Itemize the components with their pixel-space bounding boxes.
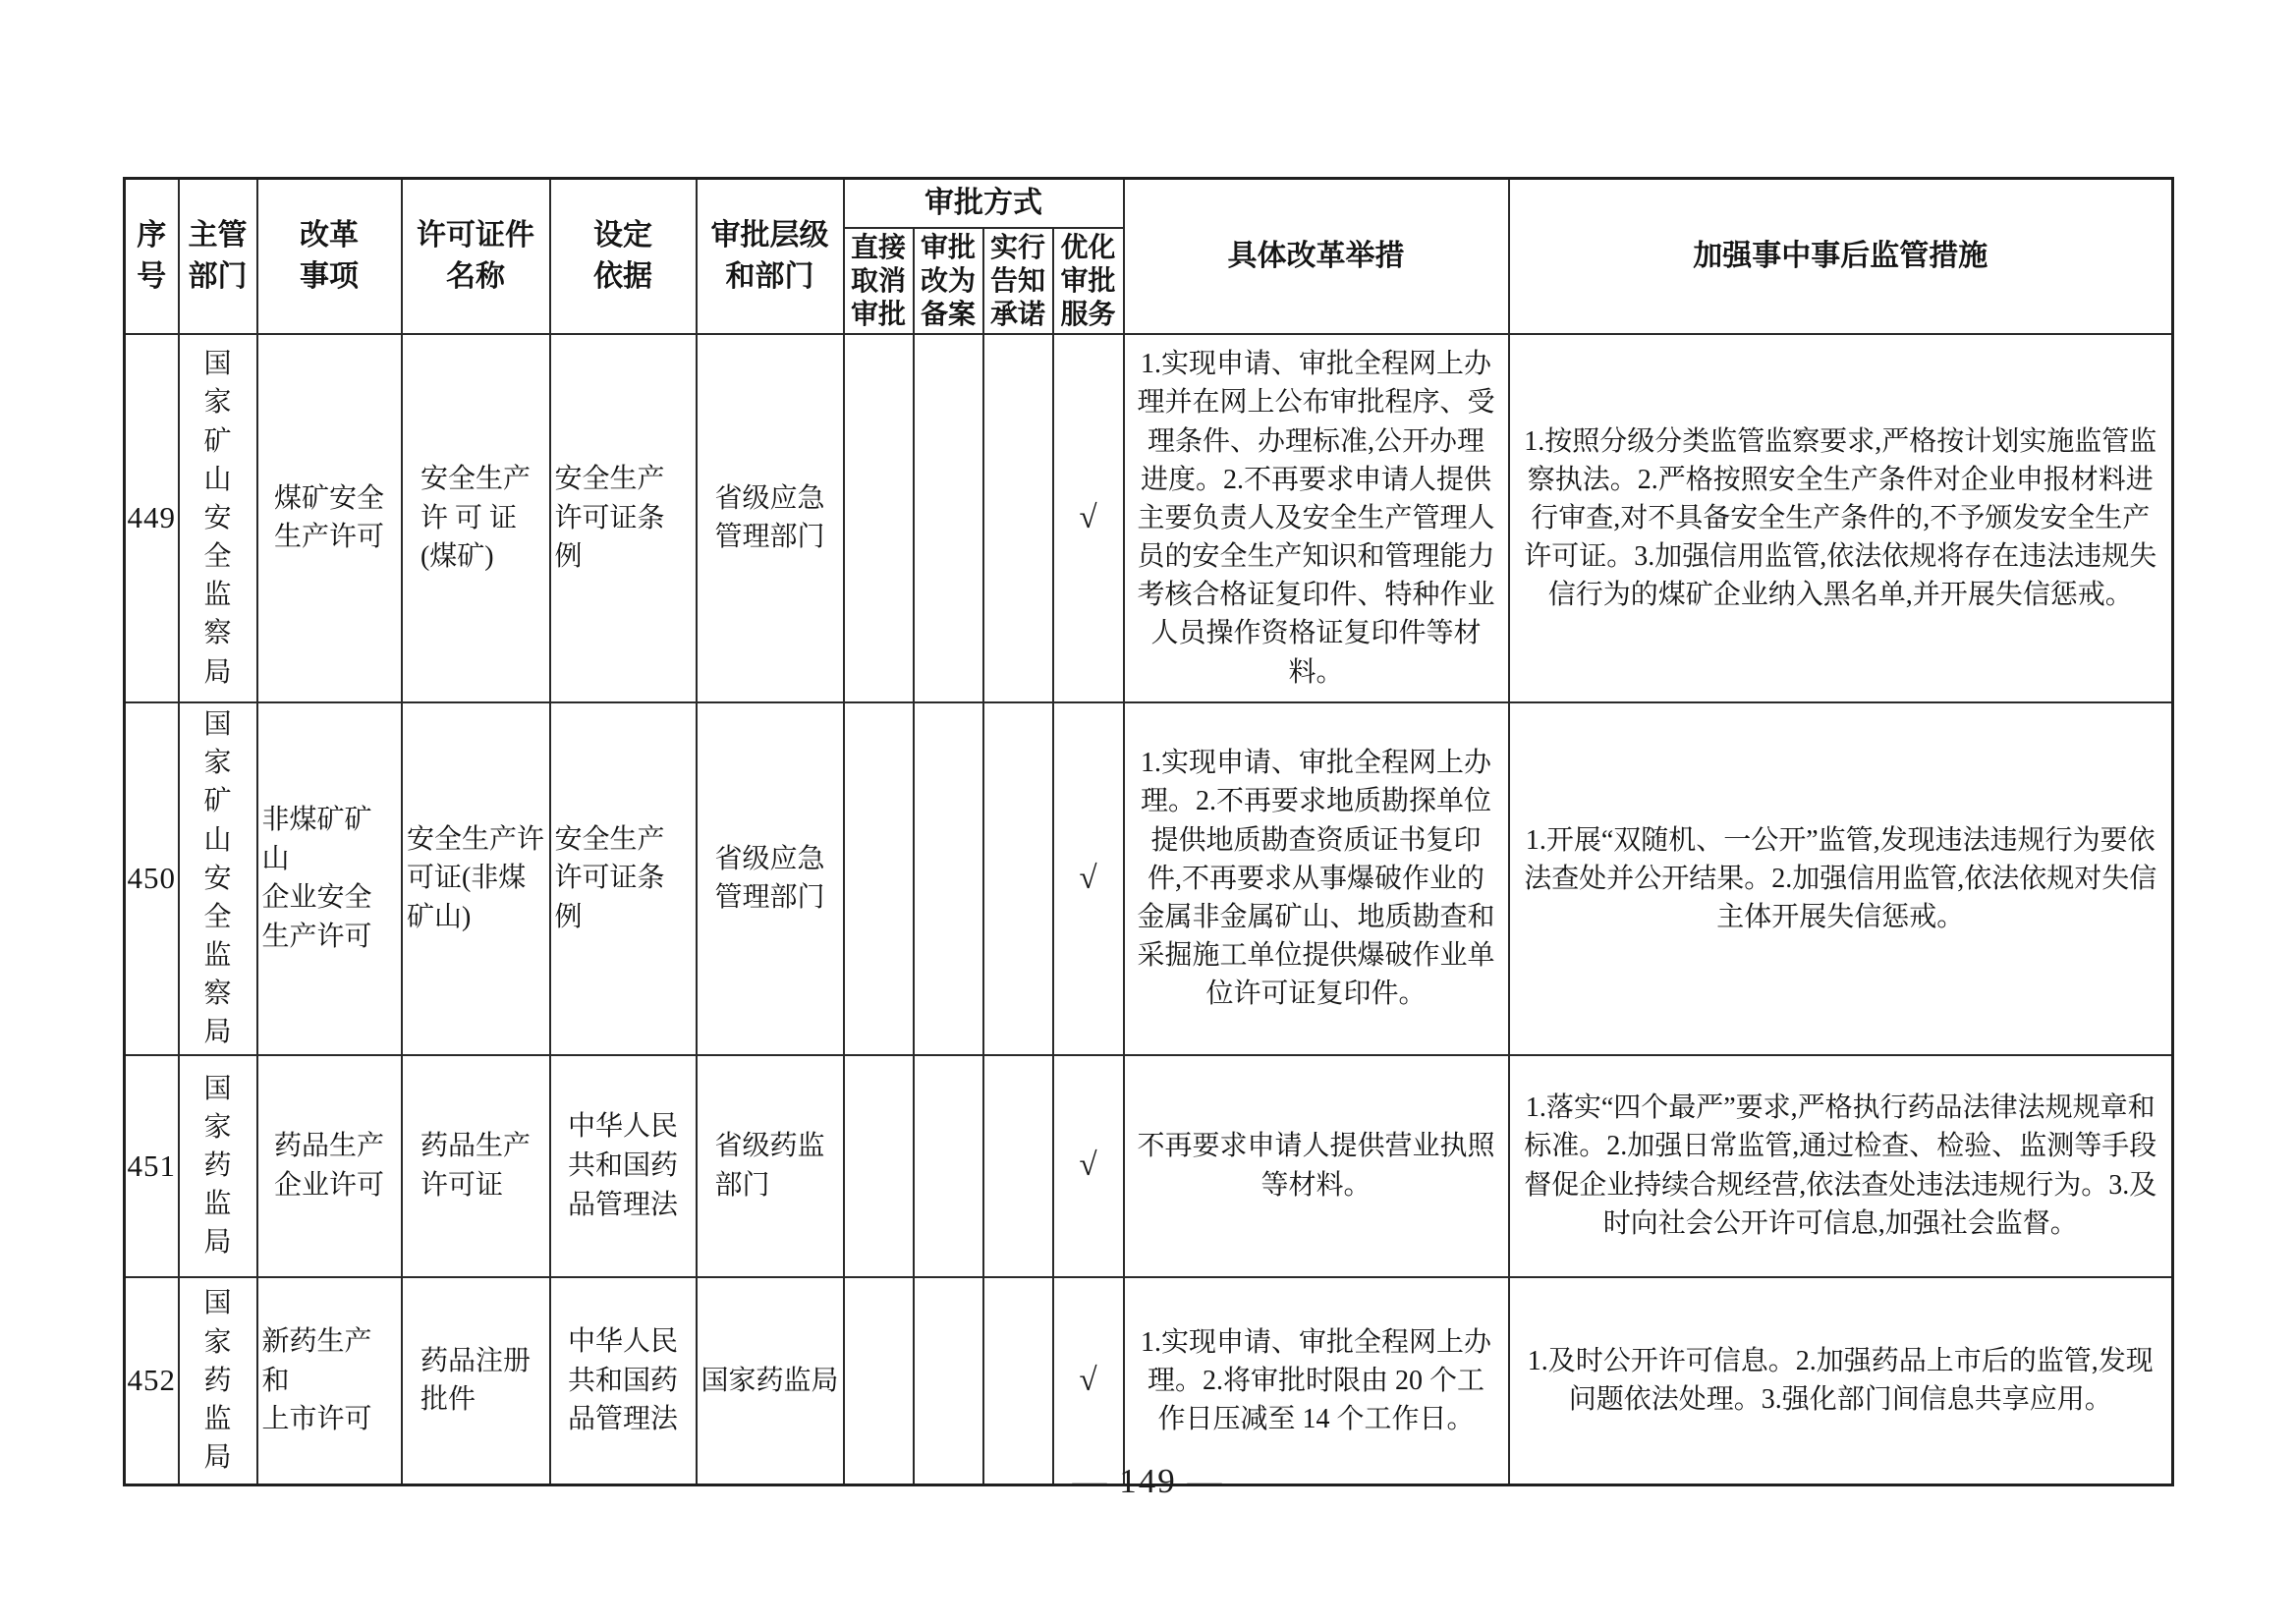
- cell-approval-level: 省级应急 管理部门: [697, 702, 844, 1055]
- cell-method-cancel: [844, 1277, 914, 1485]
- cell-license-name: 安全生产许 可证(非煤 矿山): [402, 702, 550, 1055]
- cell-department: 国 家 矿 山 安 全 监 察 局: [179, 702, 257, 1055]
- cell-license-name: 药品生产 许可证: [402, 1055, 550, 1277]
- cell-measures: 1.实现申请、审批全程网上办理。2.不再要求地质勘探单位提供地质勘查资质证书复印…: [1124, 702, 1509, 1055]
- cell-method-filing: [914, 702, 983, 1055]
- cell-legal-basis: 中华人民 共和国药 品管理法: [550, 1277, 697, 1485]
- approval-level-text: 省级应急 管理部门: [714, 840, 824, 919]
- col-header-reform-item: 改革 事项: [257, 179, 402, 334]
- cell-supervision: 1.按照分级分类监管监察要求,严格按计划实施监管监察执法。2.严格按照安全生产条…: [1509, 334, 2173, 702]
- cell-method-commitment: [983, 702, 1053, 1055]
- approval-items-table: 序 号 主管 部门 改革 事项 许可证件 名称 设定 依据 审批层级 和部门 审…: [123, 177, 2174, 1486]
- legal-basis-text: 安全生产 许可证条例: [555, 820, 692, 937]
- col-header-approval-level: 审批层级 和部门: [697, 179, 844, 334]
- license-name-text: 药品生产 许可证: [420, 1127, 531, 1205]
- legal-basis-text: 中华人民 共和国药 品管理法: [568, 1107, 678, 1224]
- cell-method-optimize-checkmark: √: [1053, 702, 1124, 1055]
- cell-approval-level: 省级药监 部门: [697, 1055, 844, 1277]
- approval-level-text: 省级应急 管理部门: [714, 479, 824, 558]
- cell-legal-basis: 安全生产 许可证条例: [550, 702, 697, 1055]
- cell-department: 国 家 药 监 局: [179, 1055, 257, 1277]
- cell-method-optimize-checkmark: √: [1053, 1055, 1124, 1277]
- cell-method-filing: [914, 334, 983, 702]
- page-number: — 149 —: [0, 1462, 2296, 1501]
- cell-supervision: 1.开展“双随机、一公开”监管,发现违法违规行为要依法查处并公开结果。2.加强信…: [1509, 702, 2173, 1055]
- cell-department: 国 家 药 监 局: [179, 1277, 257, 1485]
- reform-item-text: 药品生产 企业许可: [274, 1127, 384, 1205]
- cell-reform-item: 新药生产和 上市许可: [257, 1277, 402, 1485]
- cell-department: 国 家 矿 山 安 全 监 察 局: [179, 334, 257, 702]
- col-header-method-cancel: 直接 取消 审批: [844, 228, 914, 334]
- cell-reform-item: 煤矿安全 生产许可: [257, 334, 402, 702]
- approval-level-text: 省级药监 部门: [714, 1127, 824, 1205]
- cell-method-commitment: [983, 334, 1053, 702]
- legal-basis-text: 中华人民 共和国药 品管理法: [568, 1322, 678, 1439]
- legal-basis-text: 安全生产 许可证条例: [555, 460, 692, 577]
- cell-license-name: 安全生产 许 可 证 (煤矿): [402, 334, 550, 702]
- approval-level-text: 国家药监局: [701, 1362, 839, 1401]
- cell-method-cancel: [844, 334, 914, 702]
- cell-reform-item: 药品生产 企业许可: [257, 1055, 402, 1277]
- cell-measures: 1.实现申请、审批全程网上办理。2.将审批时限由 20 个工作日压减至 14 个…: [1124, 1277, 1509, 1485]
- col-header-serial: 序 号: [125, 179, 179, 334]
- col-header-method-commitment: 实行 告知 承诺: [983, 228, 1053, 334]
- col-header-license-name: 许可证件 名称: [402, 179, 550, 334]
- cell-serial: 452: [125, 1277, 179, 1485]
- table-row-452: 452 国 家 药 监 局 新药生产和 上市许可 药品注册 批件 中华人民 共和…: [125, 1277, 2173, 1485]
- cell-supervision: 1.及时公开许可信息。2.加强药品上市后的监管,发现问题依法处理。3.强化部门间…: [1509, 1277, 2173, 1485]
- cell-approval-level: 国家药监局: [697, 1277, 844, 1485]
- col-header-method-filing: 审批 改为 备案: [914, 228, 983, 334]
- col-header-measures: 具体改革举措: [1124, 179, 1509, 334]
- reform-item-text: 煤矿安全 生产许可: [274, 479, 384, 558]
- table-row-449: 449 国 家 矿 山 安 全 监 察 局 煤矿安全 生产许可 安全生产 许 可…: [125, 334, 2173, 702]
- cell-measures: 1.实现申请、审批全程网上办理并在网上公布审批程序、受理条件、办理标准,公开办理…: [1124, 334, 1509, 702]
- cell-method-commitment: [983, 1055, 1053, 1277]
- cell-supervision: 1.落实“四个最严”要求,严格执行药品法律法规规章和标准。2.加强日常监管,通过…: [1509, 1055, 2173, 1277]
- cell-serial: 450: [125, 702, 179, 1055]
- cell-serial: 451: [125, 1055, 179, 1277]
- cell-serial: 449: [125, 334, 179, 702]
- cell-method-commitment: [983, 1277, 1053, 1485]
- cell-legal-basis: 安全生产 许可证条例: [550, 334, 697, 702]
- cell-license-name: 药品注册 批件: [402, 1277, 550, 1485]
- cell-legal-basis: 中华人民 共和国药 品管理法: [550, 1055, 697, 1277]
- cell-method-filing: [914, 1277, 983, 1485]
- reform-item-text: 非煤矿矿山 企业安全 生产许可: [262, 801, 397, 957]
- table-row-450: 450 国 家 矿 山 安 全 监 察 局 非煤矿矿山 企业安全 生产许可 安全…: [125, 702, 2173, 1055]
- cell-method-cancel: [844, 702, 914, 1055]
- cell-method-filing: [914, 1055, 983, 1277]
- cell-method-optimize-checkmark: √: [1053, 1277, 1124, 1485]
- col-header-legal-basis: 设定 依据: [550, 179, 697, 334]
- col-header-approval-method-group: 审批方式: [844, 179, 1124, 228]
- reform-item-text: 新药生产和 上市许可: [262, 1322, 397, 1439]
- license-name-text: 安全生产许 可证(非煤 矿山): [407, 820, 544, 937]
- cell-reform-item: 非煤矿矿山 企业安全 生产许可: [257, 702, 402, 1055]
- col-header-department: 主管 部门: [179, 179, 257, 334]
- cell-method-optimize-checkmark: √: [1053, 334, 1124, 702]
- col-header-supervision: 加强事中事后监管措施: [1509, 179, 2173, 334]
- license-name-text: 药品注册 批件: [420, 1342, 531, 1421]
- cell-approval-level: 省级应急 管理部门: [697, 334, 844, 702]
- cell-method-cancel: [844, 1055, 914, 1277]
- cell-measures: 不再要求申请人提供营业执照等材料。: [1124, 1055, 1509, 1277]
- col-header-method-optimize: 优化 审批 服务: [1053, 228, 1124, 334]
- license-name-text: 安全生产 许 可 证 (煤矿): [420, 460, 531, 577]
- document-page: 序 号 主管 部门 改革 事项 许可证件 名称 设定 依据 审批层级 和部门 审…: [0, 0, 2296, 1624]
- table-row-451: 451 国 家 药 监 局 药品生产 企业许可 药品生产 许可证 中华人民 共和…: [125, 1055, 2173, 1277]
